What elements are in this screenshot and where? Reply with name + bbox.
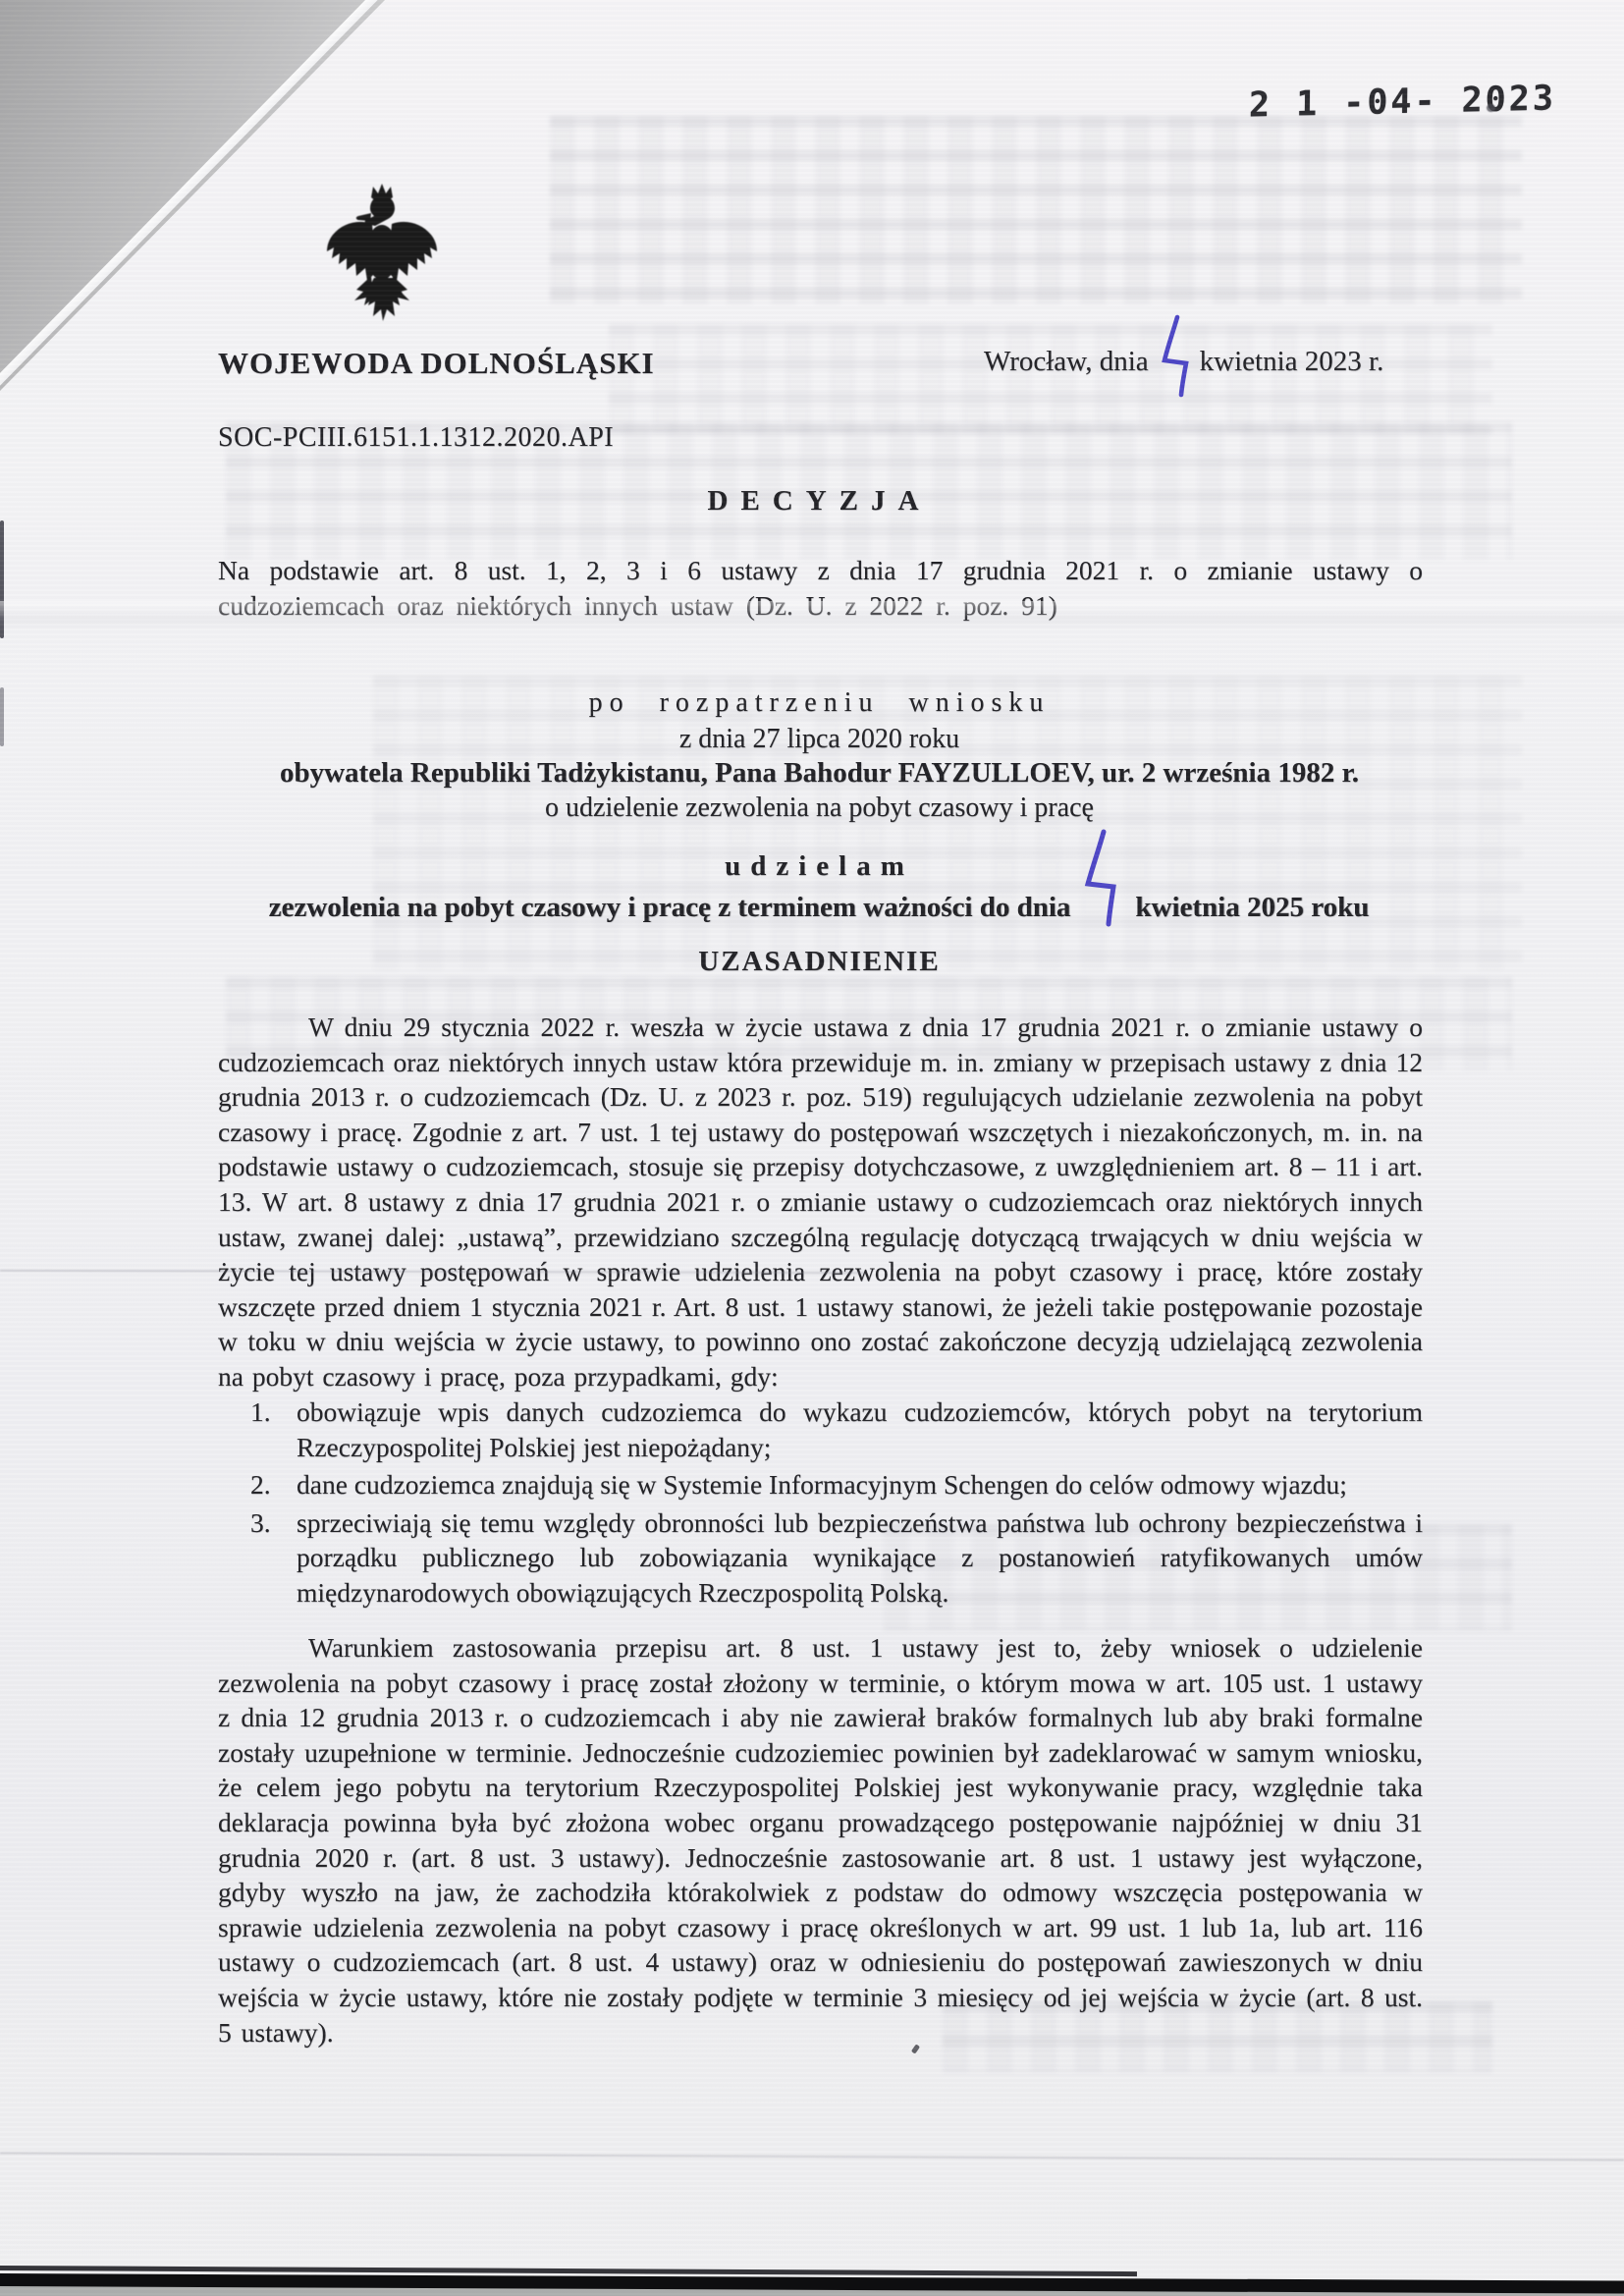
authority-name: WOJEWODA DOLNOŚLĄSKI [218,346,655,381]
condition-item: 1. obowiązuje wpis danych cudzoziemca do… [250,1394,1423,1464]
conditions-list: 1. obowiązuje wpis danych cudzoziemca do… [250,1394,1423,1613]
condition-number: 2. [250,1467,297,1503]
grant-text-after-day: kwietnia 2025 roku [1135,892,1369,924]
justification-paragraph-1: W dniu 29 stycznia 2022 r. weszła w życi… [218,1010,1423,1394]
grant-verb-line: udzielam [218,850,1421,883]
handwritten-day-icon: 4 [1084,829,1119,935]
application-date-line: z dnia 27 lipca 2020 roku [218,724,1421,755]
received-date-stamp: 2 1 -04- 2023 [1249,79,1556,125]
case-reference-number: SOC-PCIII.6151.1.1312.2020.API [218,422,614,454]
condition-item: 3. sprzeciwiają się temu względy obronno… [250,1505,1423,1611]
justification-heading: UZASADNIENIE [218,946,1421,978]
condition-number: 1. [250,1394,297,1464]
decision-title: DECYZJA [218,485,1421,518]
scanned-decision-page: 2 1 -04- 2023 WOJEWODA DOLNOŚLĄSKI Wrocł… [0,0,1624,2296]
handwritten-day-icon: 4 [1161,314,1190,407]
applicant-line: obywatela Republiki Tadżykistanu, Pana B… [218,757,1421,790]
justification-paragraph-2: Warunkiem zastosowania przepisu art. 8 u… [218,1630,1423,2050]
place-date-prefix: Wrocław, dnia [984,346,1149,378]
place-date-suffix: kwietnia 2023 r. [1200,346,1384,378]
bleedthrough-ghost [550,116,1522,304]
condition-text: obowiązuje wpis danych cudzoziemca do wy… [297,1394,1423,1464]
fold-crease [0,2152,1624,2160]
page-edge-mark [0,520,4,638]
grant-decision-line: zezwolenia na pobyt czasowy i pracę z te… [157,880,1481,935]
application-subject-line: o udzielenie zezwolenia na pobyt czasowy… [218,793,1421,824]
polish-eagle-coat-of-arms-icon [322,183,442,337]
place-and-date-line: Wrocław, dnia 4 kwietnia 2023 r. [984,346,1383,407]
stamp-ink-dot [1487,104,1495,112]
condition-text: dane cudzoziemca znajdują się w Systemie… [297,1467,1423,1503]
page-edge-mark [0,687,4,746]
condition-number: 3. [250,1505,297,1611]
grant-text-before-day: zezwolenia na pobyt czasowy i pracę z te… [269,892,1071,924]
condition-text: sprzeciwiają się temu względy obronności… [297,1505,1423,1611]
after-consideration-line: po rozpatrzeniu wniosku [218,687,1421,719]
condition-item: 2. dane cudzoziemca znajdują się w Syste… [250,1467,1423,1503]
legal-basis-paragraph: Na podstawie art. 8 ust. 1, 2, 3 i 6 ust… [218,553,1423,623]
